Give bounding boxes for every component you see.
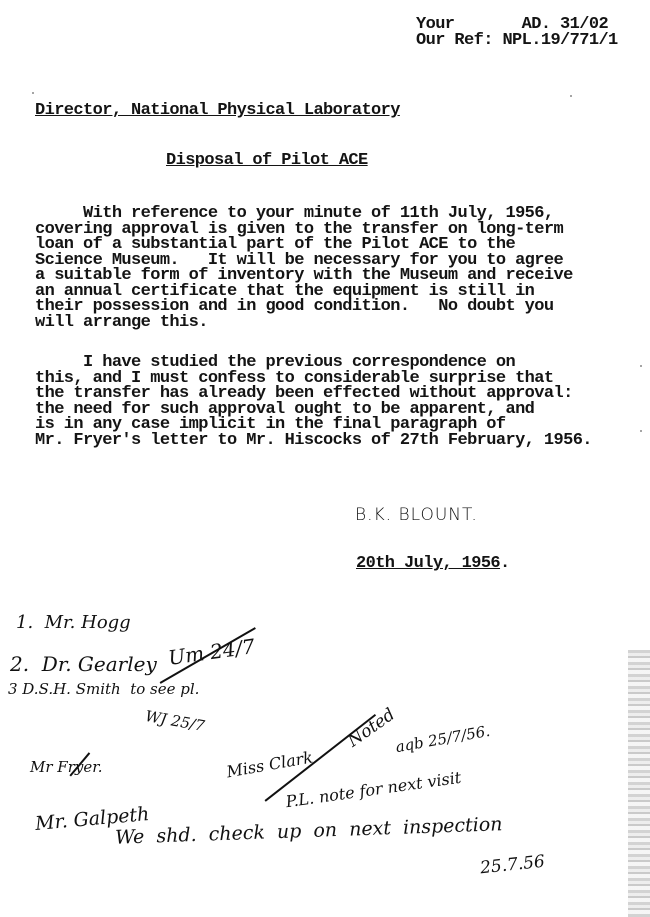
- letter-page: Your AD. 31/02 Our Ref: NPL.19/771/1 Dir…: [0, 0, 650, 917]
- annotation-check-inspection: We shd. check up on next inspection: [115, 813, 503, 849]
- scan-speck: [570, 95, 572, 97]
- signature: B.K. BLOUNT.: [355, 505, 478, 525]
- scan-speck: [640, 365, 642, 367]
- paragraph-1: With reference to your minute of 11th Ju…: [35, 206, 573, 330]
- letter-date: 20th July, 1956.: [356, 556, 510, 572]
- scan-speck: [640, 430, 642, 432]
- our-ref-label: Our Ref:: [416, 31, 493, 50]
- annotation-final-date: 25.7.56: [479, 852, 546, 879]
- annotation-routing-2: 2. Dr. Gearley: [10, 652, 157, 676]
- date-text: 20th July, 1956: [356, 554, 500, 573]
- annotation-routing-3: 3 D.S.H. Smith to see pl.: [8, 680, 199, 698]
- date-suffix: .: [500, 554, 510, 573]
- our-ref-value: NPL.19/771/1: [502, 31, 617, 50]
- annotation-mr-fryer: Mr Fryer.: [30, 758, 103, 776]
- paragraph-2: I have studied the previous corresponden…: [35, 355, 592, 448]
- annotation-noted: Noted: [344, 705, 399, 752]
- annotation-initials-1: WJ 25/7: [144, 707, 206, 735]
- scan-speck: [32, 92, 34, 94]
- annotation-noted-date: aqb 25/7/56.: [394, 722, 491, 756]
- subject-heading: Disposal of Pilot ACE: [166, 153, 368, 169]
- reference-block: Your AD. 31/02 Our Ref: NPL.19/771/1: [416, 17, 618, 48]
- addressee: Director, National Physical Laboratory: [35, 103, 400, 119]
- annotation-miss-clark: Miss Clark: [225, 748, 314, 782]
- annotation-pl-note: P.L. note for next visit: [285, 768, 463, 811]
- scan-edge-shadow: [628, 650, 650, 917]
- annotation-routing-1: 1. Mr. Hogg: [16, 612, 131, 633]
